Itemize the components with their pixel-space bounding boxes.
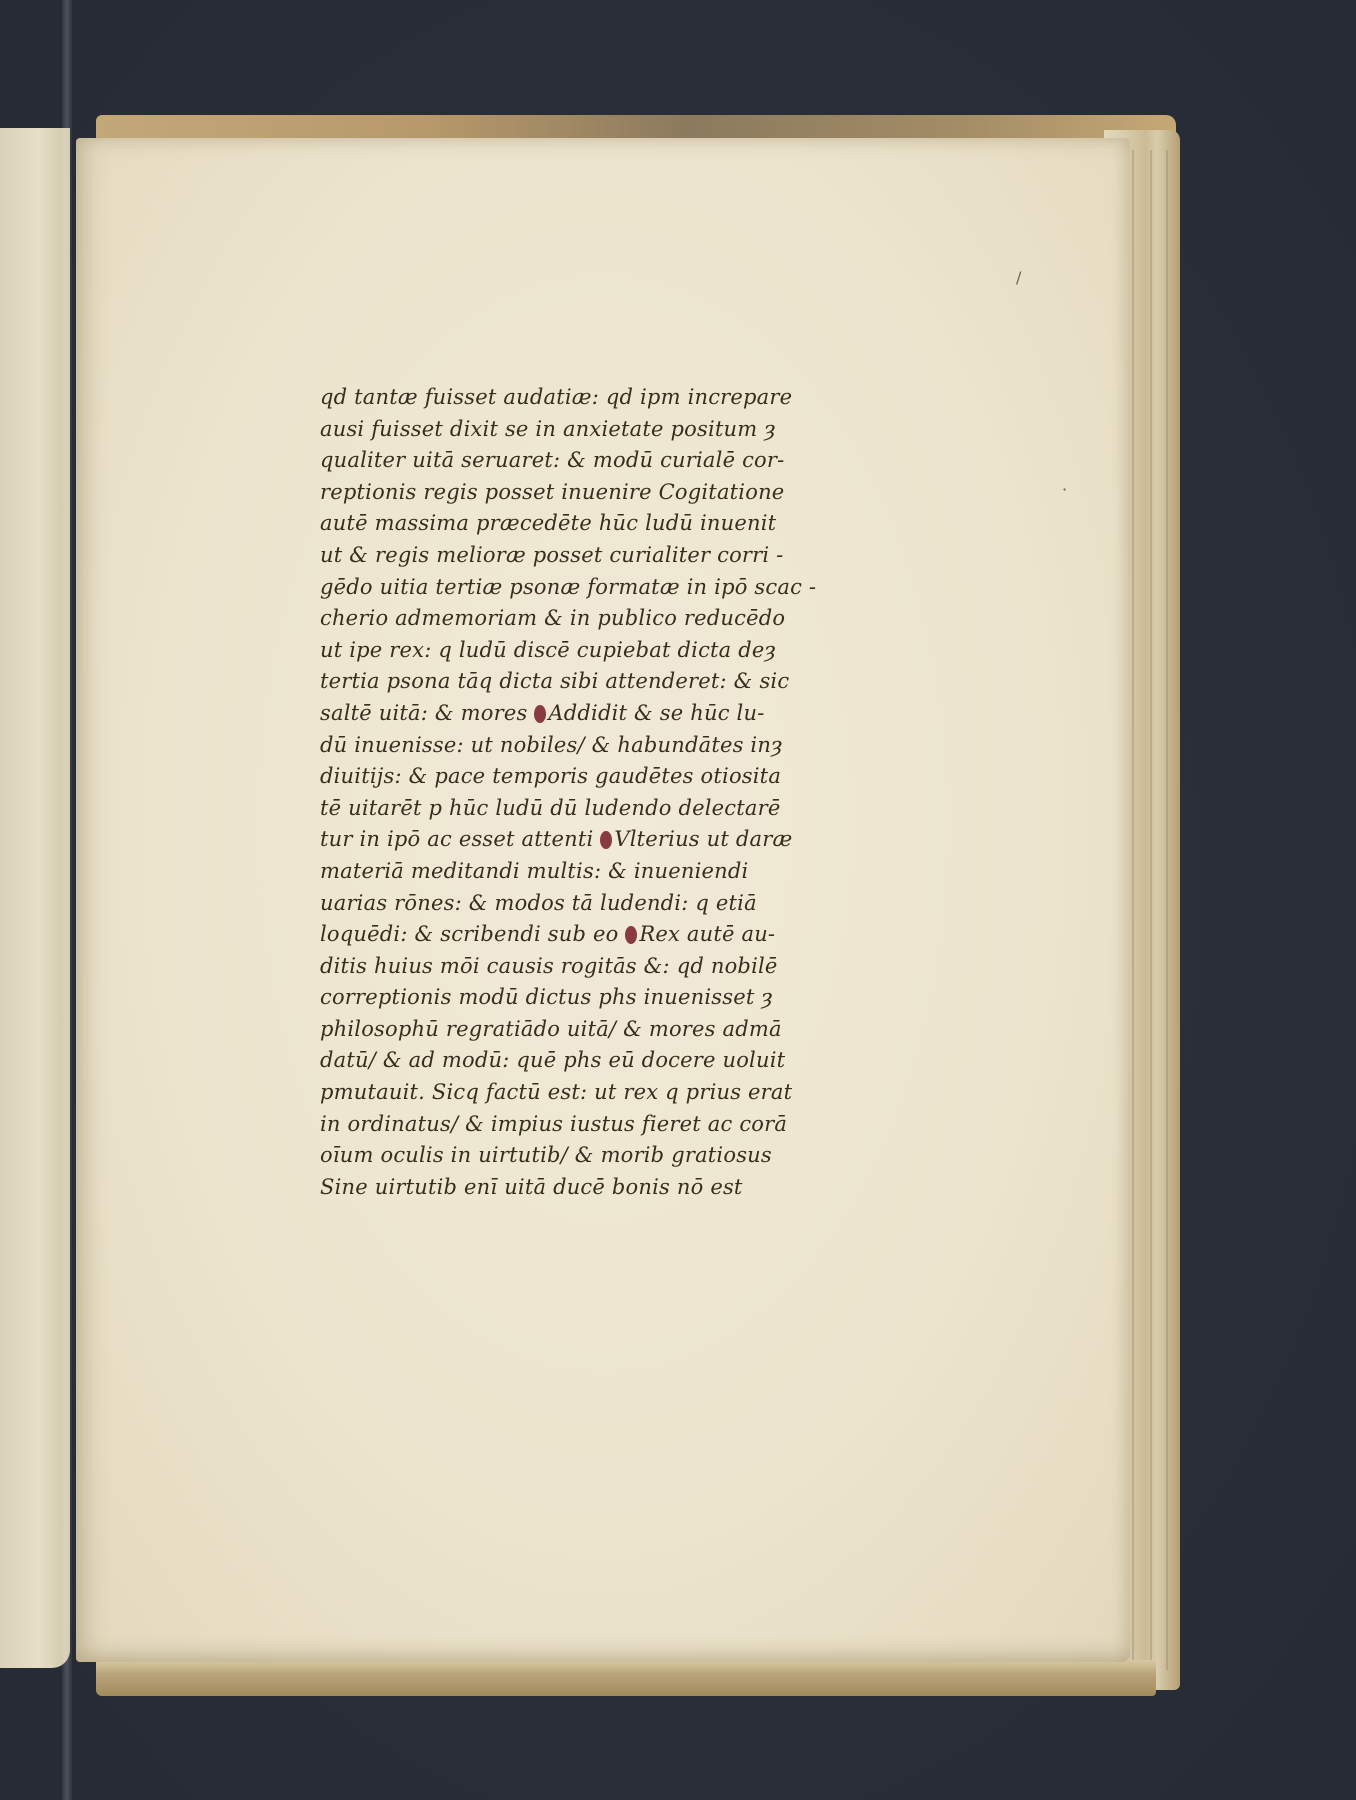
text-line: ut & regis melioræ posset curialiter cor…: [320, 540, 880, 572]
text-line: tē uitarēt p hūc ludū dū ludendo delecta…: [320, 793, 880, 825]
text-line: autē massima præcedēte hūc ludū inuenit: [320, 508, 880, 540]
rubric-paragraph-mark: [600, 831, 612, 849]
leaf-edge-line: [1150, 150, 1152, 1670]
text-line: materiā meditandi multis: & inueniendi: [320, 856, 880, 888]
text-line: cherio admemoriam & in publico reducēdo: [320, 603, 880, 635]
glass-plate-edge: [62, 0, 72, 1800]
leaf-edge-line: [1132, 150, 1134, 1670]
leaf-edge-line: [1166, 150, 1168, 1670]
text-line: datū/ & ad modū: quē phs eū docere uolui…: [320, 1045, 880, 1077]
rubric-paragraph-mark: [534, 705, 546, 723]
text-line: ut ipe rex: q ludū discē cupiebat dicta …: [320, 635, 880, 667]
text-line: qualiter uitā seruaret: & modū curialē c…: [320, 445, 880, 477]
text-line: diuitijs: & pace temporis gaudētes otios…: [320, 761, 880, 793]
text-line: gēdo uitia tertiæ psonæ formatæ in ipō s…: [320, 572, 880, 604]
text-line: pmutauit. Sicq factū est: ut rex q prius…: [320, 1077, 880, 1109]
margin-mark: /: [1016, 268, 1021, 287]
text-block: qd tantæ fuisset audatiæ: qd ipm increpa…: [320, 382, 880, 1203]
text-line: oīum oculis in uirtutib/ & morib gratios…: [320, 1140, 880, 1172]
previous-leaf-edge: [0, 128, 70, 1668]
binding-bottom-edge: [96, 1660, 1156, 1696]
text-line: dū inuenisse: ut nobiles/ & habundātes i…: [320, 730, 880, 762]
margin-mark: ·: [1062, 480, 1067, 499]
text-line: Sine uirtutib enī uitā ducē bonis nō est: [320, 1172, 880, 1204]
rubric-paragraph-mark: [625, 926, 637, 944]
text-line: in ordinatus/ & impius iustus fieret ac …: [320, 1109, 880, 1141]
text-line: tertia psona tāq dicta sibi attenderet: …: [320, 666, 880, 698]
text-line: reptionis regis posset inuenire Cogitati…: [320, 477, 880, 509]
text-line: loquēdi: & scribendi sub eo Rex autē au-: [320, 919, 880, 951]
text-line: tur in ipō ac esset attenti Vlterius ut …: [320, 824, 880, 856]
text-line: philosophū regratiādo uitā/ & mores admā: [320, 1014, 880, 1046]
text-line: uarias rōnes: & modos tā ludendi: q etiā: [320, 888, 880, 920]
text-line: ausi fuisset dixit se in anxietate posit…: [320, 414, 880, 446]
text-line: ditis huius mōi causis rogitās &: qd nob…: [320, 951, 880, 983]
text-line: correptionis modū dictus phs inuenisset …: [320, 982, 880, 1014]
text-line: saltē uitā: & mores Addidit & se hūc lu-: [320, 698, 880, 730]
text-line: qd tantæ fuisset audatiæ: qd ipm increpa…: [320, 382, 880, 414]
